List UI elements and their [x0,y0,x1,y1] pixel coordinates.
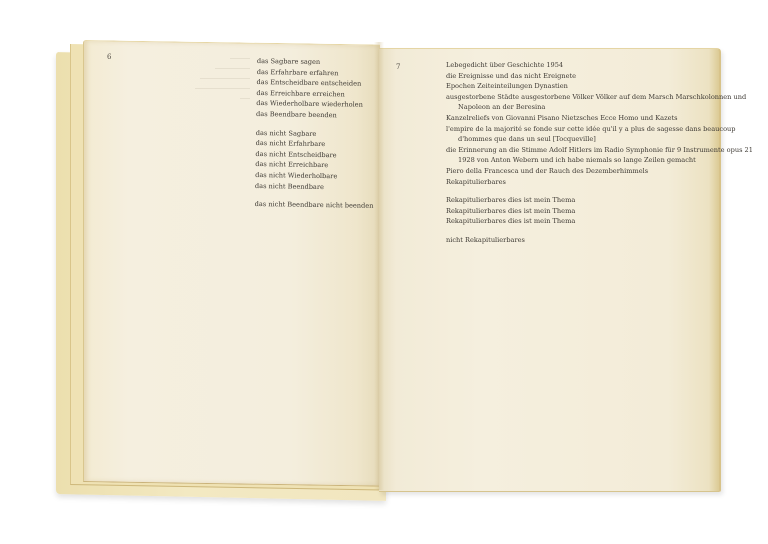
book-photo: 6 7 das Sagbare sagen das Erfahrbare erf… [0,0,768,544]
poem-line-continuation: Napoleon an der Beresina [446,102,753,113]
book-gutter [374,42,384,490]
poem-line: Epochen Zeiteinteilungen Dynastien [446,81,753,92]
right-page-number: 7 [396,63,400,71]
poem-line: Lebegedicht über Geschichte 1954 [446,60,753,71]
poem-line: das nicht Beendbare [255,181,374,193]
poem-line-continuation: d'hommes que dans un seul [Tocqueville] [446,134,753,145]
poem-line: die Erinnerung an die Stimme Adolf Hitle… [446,145,753,156]
poem-line: Piero della Francesca und der Rauch des … [446,166,753,177]
stanza-break [446,227,753,235]
poem-line: das nicht Beendbare nicht beenden [255,199,374,211]
poem-line: Rekapitulierbares dies ist mein Thema [446,195,753,206]
poem-line: l'empire de la majorité se fonde sur cet… [446,124,753,135]
poem-line: nicht Rekapitulierbares [446,235,753,246]
poem-line: Rekapitulierbares dies ist mein Thema [446,216,753,227]
poem-line: das Beendbare beenden [256,109,375,121]
right-page-poem: Lebegedicht über Geschichte 1954 die Ere… [446,60,753,246]
poem-line: ausgestorbene Städte ausgestorbene Völke… [446,92,753,103]
left-page-poem: das Sagbare sagen das Erfahrbare erfahre… [255,56,376,212]
show-through-text [190,58,250,108]
stanza-break [446,187,753,195]
poem-line-continuation: 1928 von Anton Webern und ich habe niema… [446,155,753,166]
poem-line: Kanzelreliefs von Giovanni Pisano Nietzs… [446,113,753,124]
poem-line: Rekapitulierbares dies ist mein Thema [446,206,753,217]
left-page-number: 6 [107,53,111,61]
poem-line: Rekapitulierbares [446,177,753,188]
poem-line: die Ereignisse und das nicht Ereignete [446,71,753,82]
